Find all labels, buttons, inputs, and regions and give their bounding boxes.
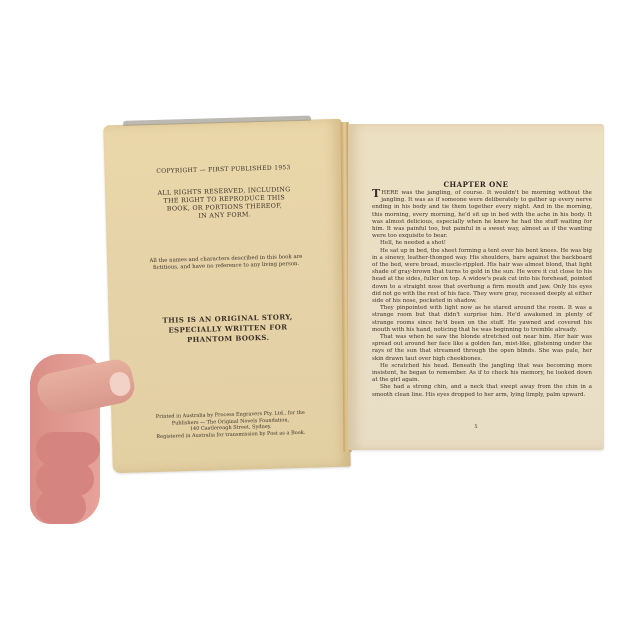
finger xyxy=(36,490,86,524)
chapter-title: CHAPTER ONE xyxy=(348,180,604,189)
photo-scene: COPYRIGHT — FIRST PUBLISHED 1953 ALL RIG… xyxy=(0,0,640,640)
paragraph: She had a strong chin, and a neck that s… xyxy=(372,384,592,398)
paragraph-text: HERE was the jangling, of course. It wou… xyxy=(372,190,592,239)
copyright-line: COPYRIGHT — FIRST PUBLISHED 1953 xyxy=(104,163,342,177)
paragraph: He scratched his head. Beneath the jangl… xyxy=(372,363,592,385)
finger xyxy=(36,432,100,466)
paragraph: That was when he saw the blonde stretche… xyxy=(372,334,592,363)
right-page: CHAPTER ONE THERE was the jangling, of c… xyxy=(348,124,604,450)
rights-reserved: ALL RIGHTS RESERVED, INCLUDING THE RIGHT… xyxy=(105,185,344,224)
drop-cap: T xyxy=(372,190,380,198)
left-page: COPYRIGHT — FIRST PUBLISHED 1953 ALL RIG… xyxy=(103,119,351,474)
paragraph: Hell, he needed a shot! xyxy=(372,240,592,247)
printer-imprint: Printed in Australia by Process Engraver… xyxy=(111,409,350,442)
original-story-notice: THIS IS AN ORIGINAL STORY, ESPECIALLY WR… xyxy=(109,311,348,348)
fictitious-notice: All the names and characters described i… xyxy=(107,253,345,274)
page-edge xyxy=(123,116,311,126)
chapter-body: THERE was the jangling, of course. It wo… xyxy=(372,190,592,399)
paragraph: They pinpointed with light now as he sta… xyxy=(372,305,592,334)
paragraph: He sat up in bed, the sheet forming a te… xyxy=(372,248,592,306)
page-number: 5 xyxy=(348,424,604,430)
paragraph: THERE was the jangling, of course. It wo… xyxy=(372,190,592,240)
